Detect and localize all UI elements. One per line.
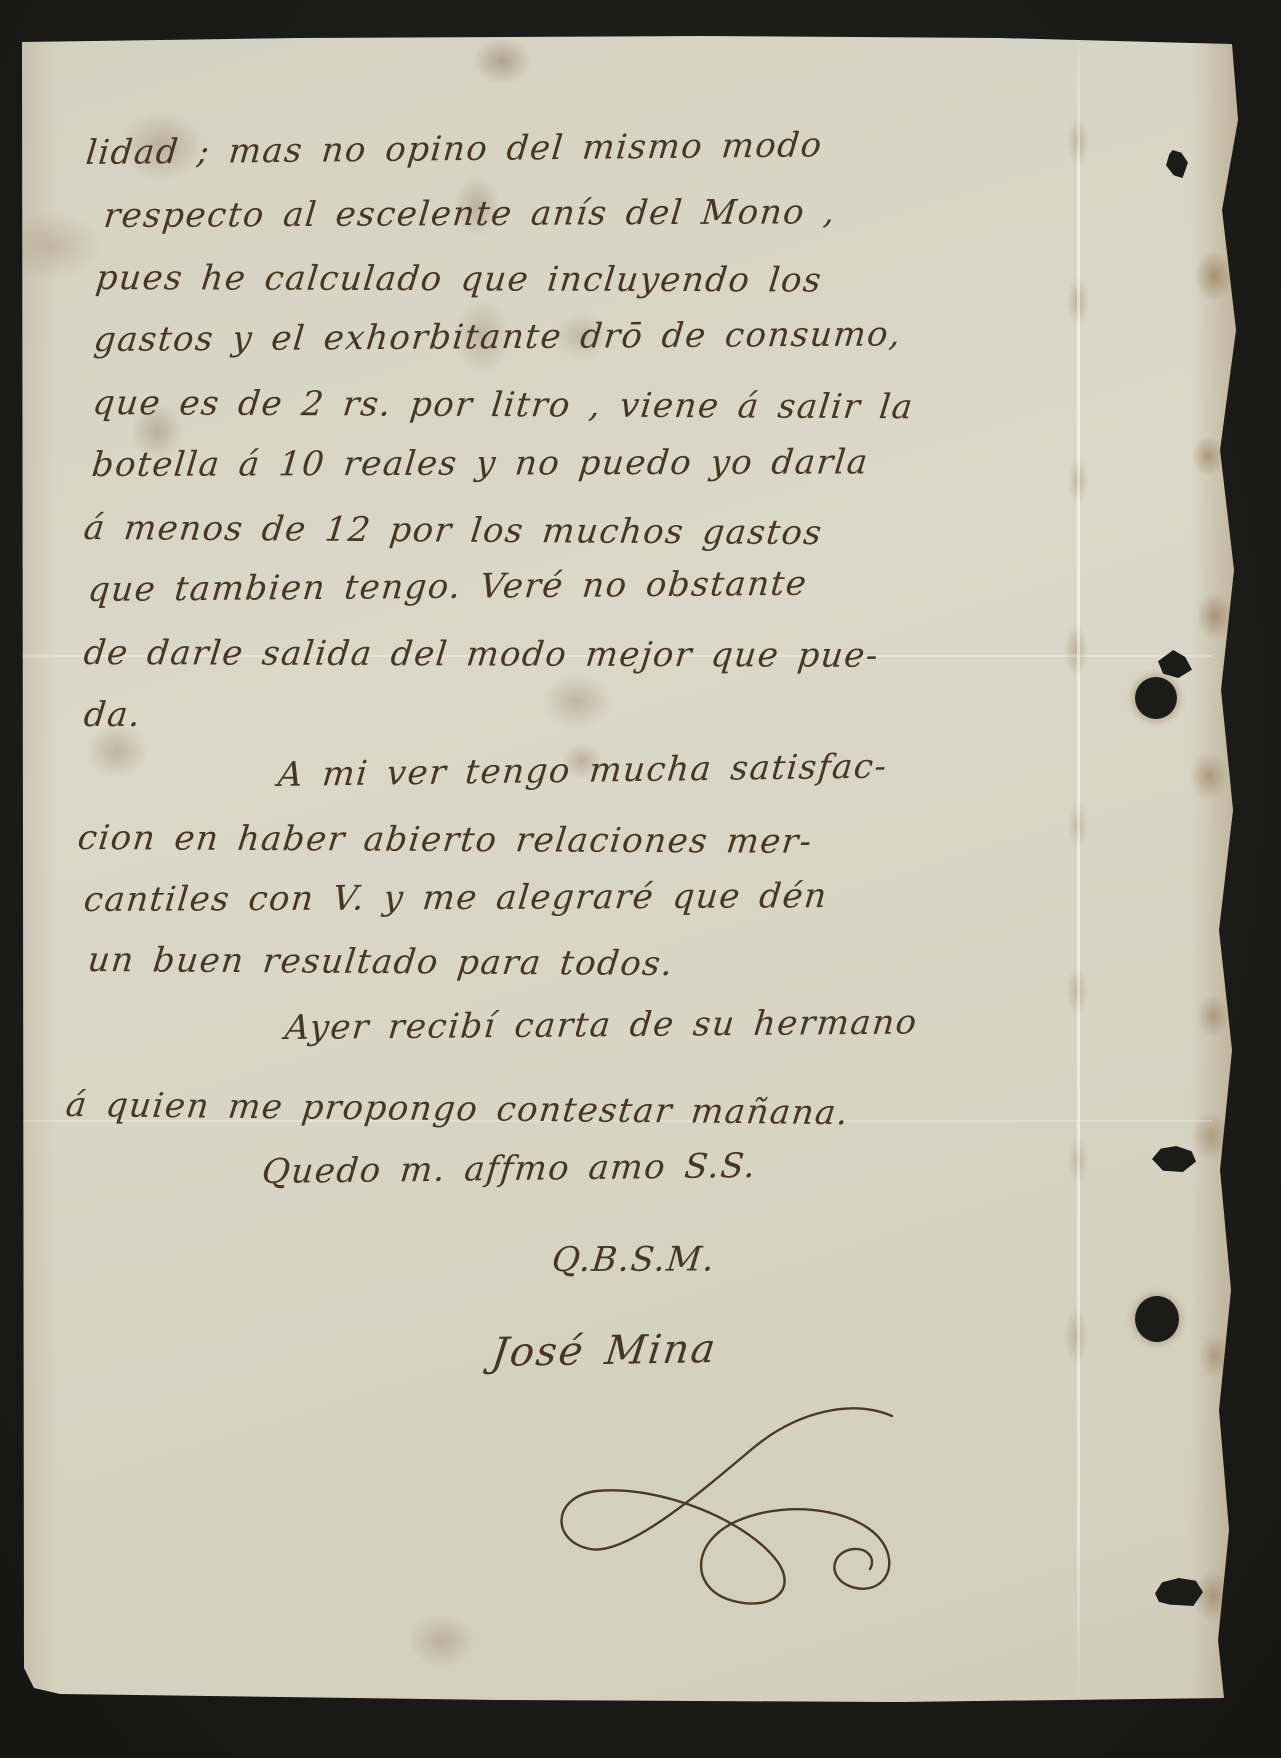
letter-line: pues he calculado que incluyendo los (94, 258, 824, 301)
punch-hole (1135, 677, 1177, 719)
letter-line: Ayer recibí carta de su hermano (283, 1002, 920, 1048)
letter-line: que tambien tengo. Veré no obstante (86, 564, 809, 610)
vertical-fold-crease (1077, 36, 1080, 1702)
letter-line: cion en haber abierto relaciones mer- (76, 818, 815, 862)
scan-background: lidad ; mas no opino del mismo modo resp… (0, 0, 1281, 1758)
letter-line: lidad ; mas no opino del mismo modo (84, 125, 824, 173)
letter-line: Q.B.S.M. (550, 1239, 717, 1280)
letter-line: Quedo m. affmo amo S.S. (260, 1146, 758, 1192)
letter-line: botella á 10 reales y no puedo yo darla (90, 442, 871, 485)
letter-line: respecto al escelente anís del Mono , (102, 192, 838, 236)
letter-line: A mi ver tengo mucha satisfac- (276, 747, 889, 795)
signature-name: José Mina (489, 1326, 720, 1376)
letter-sheet: lidad ; mas no opino del mismo modo resp… (22, 36, 1238, 1702)
letter-line: á quien me propongo contestar mañana. (64, 1085, 852, 1133)
letter-line: á menos de 12 por los muchos gastos (82, 508, 825, 553)
letter-line: cantiles con V. y me alegraré que dén (82, 876, 830, 920)
letter-line: un buen resultado para todos. (86, 940, 676, 984)
punch-hole (1135, 1296, 1179, 1342)
letter-line: de darle salida del modo mejor que pue- (82, 633, 881, 676)
letter-line: que es de 2 rs. por litro , viene á sali… (91, 383, 916, 427)
letter-line: da. (82, 695, 144, 735)
letter-line: gastos y el exhorbitante drō de consumo, (92, 314, 903, 360)
signature-flourish-icon (542, 1401, 922, 1621)
